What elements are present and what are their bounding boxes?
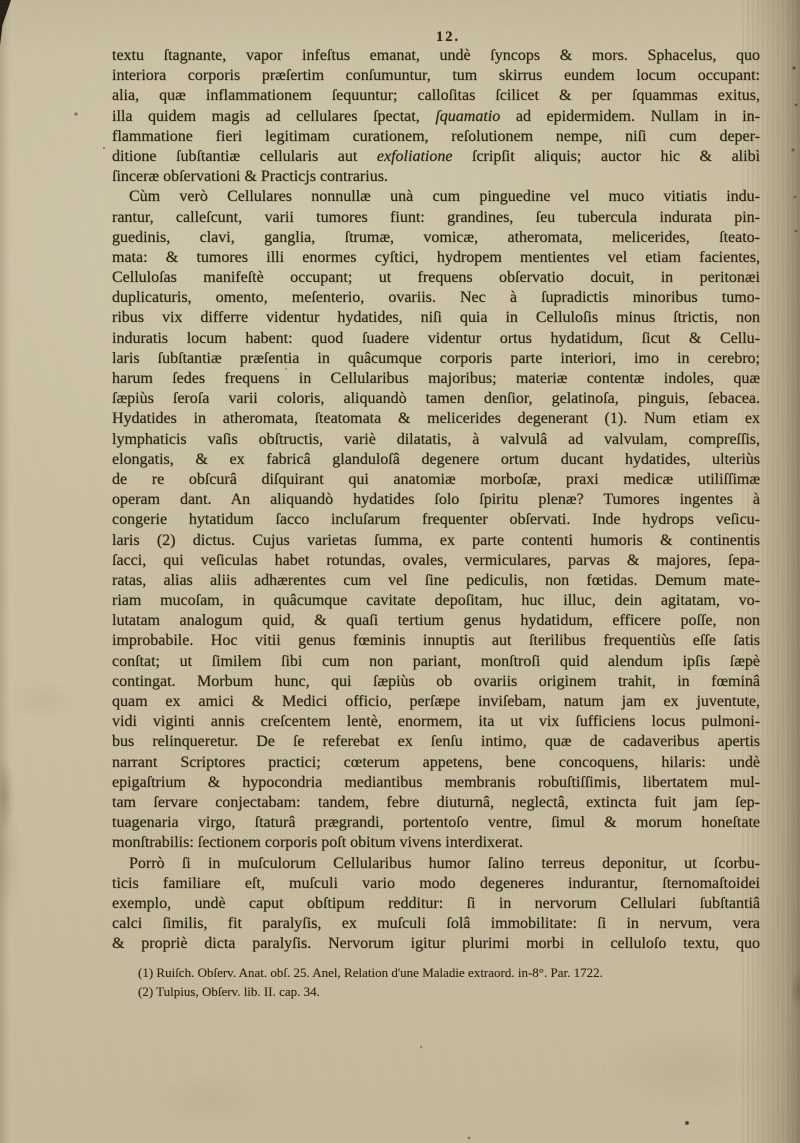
- text-line: ſinceræ obſervationi & Practicjs contrar…: [112, 167, 760, 187]
- footnote-2: (2) Tulpius, Obſerv. lib. II. cap. 34.: [138, 982, 756, 1001]
- text-line: harum ſedes frequens in Cellularibus maj…: [112, 369, 760, 389]
- text-line: calci ſimilis, fit paralyſis, ex muſculi…: [112, 914, 760, 934]
- text-line: laris ſubſtantiæ præſentia in quâcumque …: [112, 349, 760, 369]
- text-line: bus relinqueretur. De ſe referebat ex ſe…: [112, 732, 760, 752]
- text-line: Porrò ſi in muſculorum Cellularibus humo…: [112, 854, 760, 874]
- text-line: interiora corporis præſertim conſumuntur…: [112, 66, 760, 86]
- text-line: ditione ſubſtantiæ cellularis aut exfoli…: [112, 147, 760, 167]
- text-line: mata: & tumores illi enormes cyſtici, hy…: [112, 248, 760, 268]
- text-line: exemplo, undè caput obſtipum redditur: ſ…: [112, 894, 760, 914]
- text-line: conſtat; ut ſimilem ſibi cum non pariant…: [112, 652, 760, 672]
- text-line: Hydatides in atheromata, ſteatomata & me…: [112, 409, 760, 429]
- text-line: riam mucoſam, in quâcumque cavitate depo…: [112, 591, 760, 611]
- text-line: ribus vix differre videntur hydatides, n…: [112, 308, 760, 328]
- text-line: ticis familiare eſt, muſculi vario modo …: [112, 874, 760, 894]
- text-line: narrant Scriptores practici; cœterum app…: [112, 753, 760, 773]
- text-line: illa quidem magis ad cellulares ſpectat,…: [112, 107, 760, 127]
- text-line: ſæpiùs ſeroſa varii coloris, aliquandò t…: [112, 389, 760, 409]
- text-line: contingat. Morbum hunc, qui ſæpiùs ob ov…: [112, 672, 760, 692]
- page-number: 12.: [113, 29, 761, 46]
- book-page-scan: 12. textu ſtagnante, vapor infeſtus eman…: [0, 0, 800, 1143]
- line-text: illa quidem magis ad cellulares ſpectat,: [112, 108, 435, 125]
- line-text: textu ſtagnante, vapor infeſtus emanat, …: [112, 47, 760, 64]
- text-line: textu ſtagnante, vapor infeſtus emanat, …: [112, 46, 760, 66]
- text-line: vidi viginti annis creſcentem lentè, eno…: [112, 712, 760, 732]
- text-line: operam dant. An aliquandò hydatides ſolo…: [112, 490, 760, 510]
- paragraph-3: Porrò ſi in muſculorum Cellularibus humo…: [112, 854, 760, 955]
- text-line: Celluloſas manifeſtè occupant; ut freque…: [112, 268, 760, 288]
- text-line: de re obſcurâ diſquirant qui anatomiæ mo…: [112, 470, 760, 490]
- text-line: lutatam analogum quid, & quaſi tertium g…: [112, 611, 760, 631]
- text-line: lymphaticis vaſis obſtructis, variè dila…: [112, 430, 760, 450]
- text-line: congerie hytatidum ſacco incluſarum freq…: [112, 510, 760, 530]
- paragraph-1: textu ſtagnante, vapor infeſtus emanat, …: [112, 46, 760, 187]
- text-line: flammatione fieri legitimam curationem, …: [112, 127, 760, 147]
- main-text-block: textu ſtagnante, vapor infeſtus emanat, …: [112, 46, 760, 954]
- text-line: monſtrabilis: ſectionem corporis poſt ob…: [112, 833, 760, 853]
- line-text: ditione ſubſtantiæ cellularis aut: [112, 148, 377, 165]
- text-line: Cùm verò Cellulares nonnullæ unà cum pin…: [112, 187, 760, 207]
- text-line: induratis locum habent: quod ſuadere vid…: [112, 329, 760, 349]
- text-line: & propriè dicta paralyſis. Nervorum igit…: [112, 934, 760, 954]
- text-line: tuagenaria virgo, ſtaturâ prægrandi, por…: [112, 813, 760, 833]
- text-line: elongatis, & ex fabricâ glanduloſâ degen…: [112, 450, 760, 470]
- line-text: ad epidermidem. Nullam in in-: [500, 108, 760, 125]
- text-line: quam ex amici & Medici officio, perſæpe …: [112, 692, 760, 712]
- text-line: rantur, calleſcunt, varii tumores fiunt:…: [112, 208, 760, 228]
- italic-term: exfoliatione: [377, 148, 453, 165]
- left-edge-shadow: [0, 0, 10, 1143]
- paragraph-2: Cùm verò Cellulares nonnullæ unà cum pin…: [112, 187, 760, 853]
- text-line: epigaſtrium & hypocondria mediantibus me…: [112, 773, 760, 793]
- text-line: alia, quæ inflammationem ſequuntur; call…: [112, 86, 760, 106]
- line-text: flammatione fieri legitimam curationem, …: [112, 128, 760, 145]
- text-line: guedinis, clavi, ganglia, ſtrumæ, vomicæ…: [112, 228, 760, 248]
- text-line: tam ſervare conjectabam: tandem, febre d…: [112, 793, 760, 813]
- line-text: interiora corporis præſertim conſumuntur…: [112, 67, 760, 84]
- text-line: ratas, alias aliis adhærentes cum vel ſi…: [112, 571, 760, 591]
- text-line: duplicaturis, omento, meſenterio, ovarii…: [112, 288, 760, 308]
- text-line: ſacci, qui veſiculas habet rotundas, ova…: [112, 551, 760, 571]
- text-line: laris (2) dictus. Cujus varietas ſumma, …: [112, 531, 760, 551]
- line-text: ſinceræ obſervationi & Practicjs contrar…: [112, 168, 388, 185]
- footnote-1: (1) Ruiſch. Obſerv. Anat. obſ. 25. Anel,…: [138, 963, 756, 982]
- line-text: alia, quæ inflammationem ſequuntur; call…: [112, 87, 760, 104]
- line-text: ſcripſit aliquis; auctor hic & alibì: [452, 148, 760, 165]
- footnotes: (1) Ruiſch. Obſerv. Anat. obſ. 25. Anel,…: [138, 963, 756, 1001]
- italic-term: ſquamatio: [435, 108, 500, 125]
- text-line: improbabile. Hoc vitii genus fœminis inn…: [112, 631, 760, 651]
